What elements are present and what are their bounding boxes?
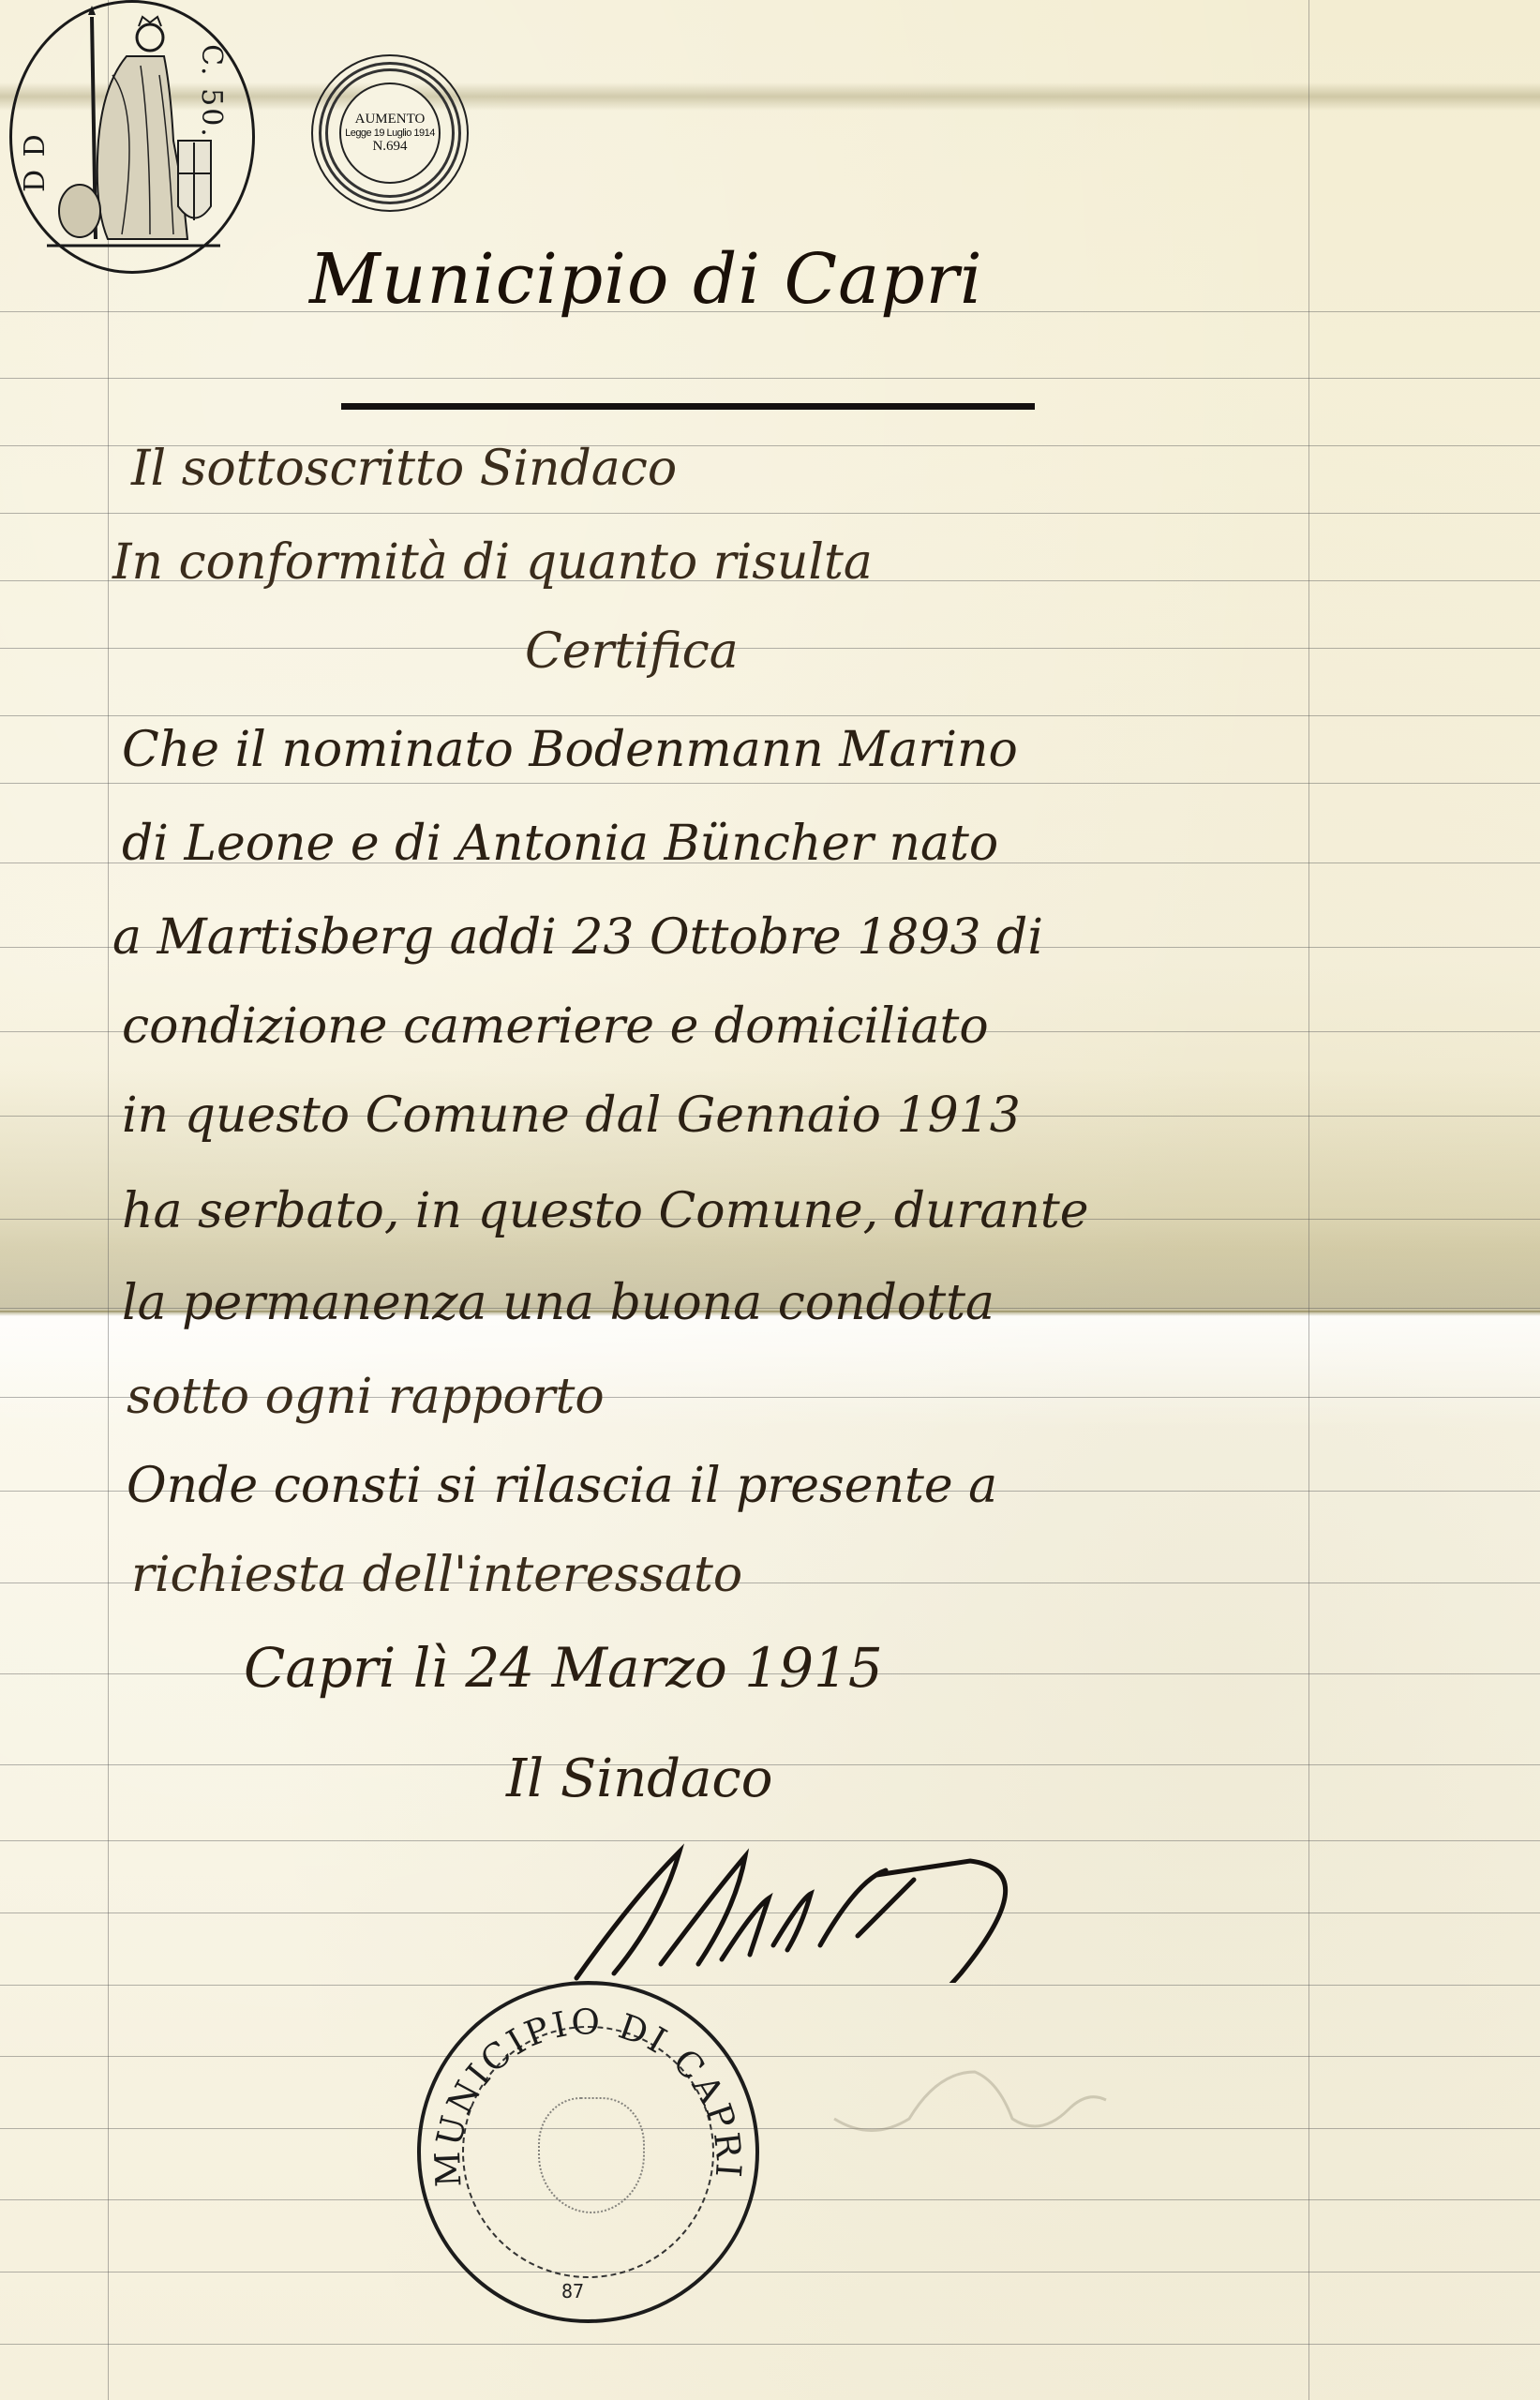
stamp-left-text: D D — [19, 132, 52, 192]
signature-scrawl-icon — [520, 1842, 1045, 1983]
revenue-stamp: D D C. 50. — [9, 0, 255, 274]
body-line-9: ha serbato, in questo Comune, durante — [122, 1183, 1089, 1239]
body-line-8: in questo Comune dal Gennaio 1913 — [122, 1087, 1021, 1144]
aumento-label: AUMENTO — [355, 112, 426, 127]
municipal-seal: MUNICIPIO DI CAPRI 87 — [417, 1981, 759, 2323]
aumento-number: N.694 — [372, 139, 407, 155]
coat-of-arms-icon — [538, 2097, 645, 2213]
body-line-10: la permanenza una buona condotta — [122, 1275, 994, 1331]
body-line-5: di Leone e di Antonia Büncher nato — [122, 816, 998, 872]
title-underline — [341, 403, 1035, 410]
body-line-13: richiesta dell'interessato — [131, 1547, 742, 1603]
aumento-stamp: AUMENTO Legge 19 Luglio 1914 N.694 — [311, 54, 469, 212]
certifica-heading: Certifica — [525, 623, 739, 680]
body-line-4: Che il nominato Bodenmann Marino — [122, 722, 1018, 778]
aumento-law: Legge 19 Luglio 1914 — [345, 127, 435, 139]
body-line-11: sotto ogni rapporto — [127, 1369, 605, 1425]
seal-number: 87 — [561, 2280, 584, 2302]
body-line-1: Il sottoscritto Sindaco — [131, 441, 677, 497]
body-line-2: In conformità di quanto risulta — [112, 534, 873, 591]
stamp-value-text: C. 50. — [195, 44, 228, 139]
body-line-12: Onde consti si rilascia il presente a — [127, 1458, 997, 1514]
place-date-line: Capri lì 24 Marzo 1915 — [244, 1636, 883, 1700]
stamp-inner-circle: AUMENTO Legge 19 Luglio 1914 N.694 — [339, 82, 441, 184]
embossed-watermark-icon — [825, 2053, 1125, 2137]
body-line-6: a Martisberg addi 23 Ottobre 1893 di — [112, 909, 1043, 966]
body-line-7: condizione cameriere e domiciliato — [122, 998, 989, 1055]
document-title: Municipio di Capri — [309, 239, 983, 320]
signature-label: Il Sindaco — [506, 1748, 772, 1809]
